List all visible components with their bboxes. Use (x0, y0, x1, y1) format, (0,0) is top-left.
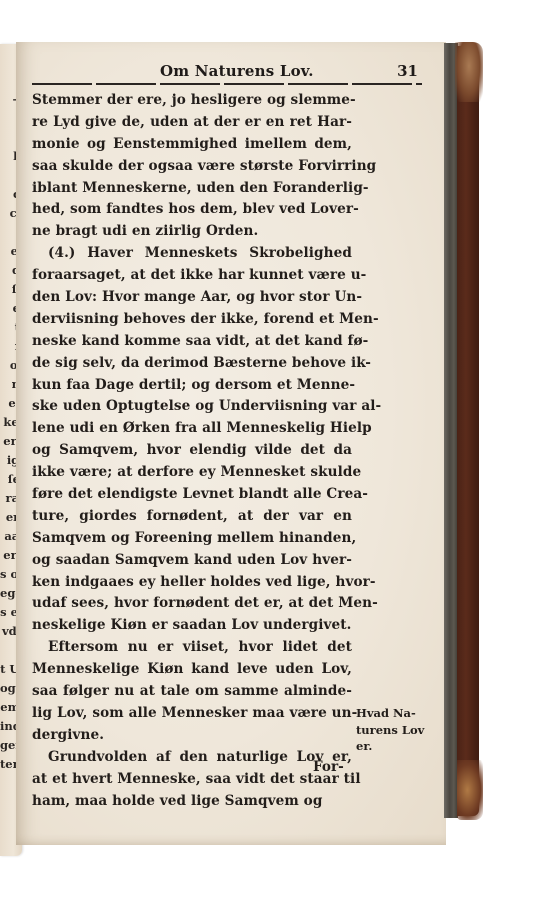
text-line: saa skulde der ogsaa være største Forvir… (32, 156, 352, 178)
text-line: Eftersom nu er viiset, hvor lidet det (32, 637, 352, 659)
text-line: ske uden Optugtelse og Underviisning var… (32, 396, 352, 418)
margin-note-line: er. (356, 738, 428, 755)
text-line: saa følger nu at tale om samme alminde- (32, 681, 352, 703)
text-line: og saadan Samqvem kand uden Lov hver- (32, 550, 352, 572)
text-line: derviisning behoves der ikke, forend et … (32, 309, 352, 331)
text-line: den Lov: Hvor mange Aar, og hvor stor Un… (32, 287, 352, 309)
worn-cover-corner-bottom (457, 760, 483, 820)
margin-note: Hvad Na- turens Lov er. (356, 705, 428, 755)
catchword: For- (313, 759, 344, 775)
margin-note-line: Hvad Na- (356, 705, 428, 722)
text-line: monie og Eenstemmighed imellem dem, (32, 134, 352, 156)
text-line: ken indgaaes ey heller holdes ved lige, … (32, 572, 352, 594)
text-line: Menneskelige Kiøn kand leve uden Lov, (32, 659, 352, 681)
page-header: Om Naturens Lov. 31 (32, 62, 422, 84)
header-rule (32, 83, 422, 85)
book-spine-edge (444, 43, 458, 818)
text-line: udaf sees, hvor fornødent det er, at det… (32, 593, 352, 615)
text-line: ikke være; at derfore ey Mennesket skuld… (32, 462, 352, 484)
text-line: neske kand komme saa vidt, at det kand f… (32, 331, 352, 353)
text-line: kun faa Dage dertil; og dersom et Menne- (32, 375, 352, 397)
text-line: dergivne. (32, 725, 352, 747)
page-number: 31 (397, 62, 418, 80)
leather-cover (457, 46, 479, 816)
running-title: Om Naturens Lov. (160, 62, 314, 80)
text-line: ture, giordes fornødent, at der var en (32, 506, 352, 528)
text-line: føre det elendigste Levnet blandt alle C… (32, 484, 352, 506)
body-text: Stemmer der ere, jo hesligere og slemme-… (32, 90, 352, 812)
text-line: Stemmer der ere, jo hesligere og slemme- (32, 90, 352, 112)
text-line: Grundvolden af den naturlige Lov er, (32, 747, 352, 769)
text-line: at et hvert Menneske, saa vidt det staar… (32, 769, 352, 791)
text-line: ham, maa holde ved lige Samqvem og (32, 791, 352, 813)
text-line: foraarsaget, at det ikke har kunnet være… (32, 265, 352, 287)
worn-cover-corner-top (455, 42, 483, 102)
margin-note-line: turens Lov (356, 722, 428, 739)
text-line: neskelige Kiøn er saadan Lov undergivet. (32, 615, 352, 637)
text-line: de sig selv, da derimod Bæsterne behove … (32, 353, 352, 375)
text-line: (4.) Haver Menneskets Skrobelighed (32, 243, 352, 265)
text-line: iblant Menneskerne, uden den Foranderlig… (32, 178, 352, 200)
text-line: lig Lov, som alle Mennesker maa være un- (32, 703, 352, 725)
text-line: og Samqvem, hvor elendig vilde det da (32, 440, 352, 462)
text-line: lene udi en Ørken fra all Menneskelig Hi… (32, 418, 352, 440)
text-line: ne bragt udi en ziirlig Orden. (32, 221, 352, 243)
text-line: hed, som fandtes hos dem, blev ved Lover… (32, 199, 352, 221)
text-line: re Lyd give de, uden at der er en ret Ha… (32, 112, 352, 134)
text-line: Samqvem og Foreening mellem hinanden, (32, 528, 352, 550)
